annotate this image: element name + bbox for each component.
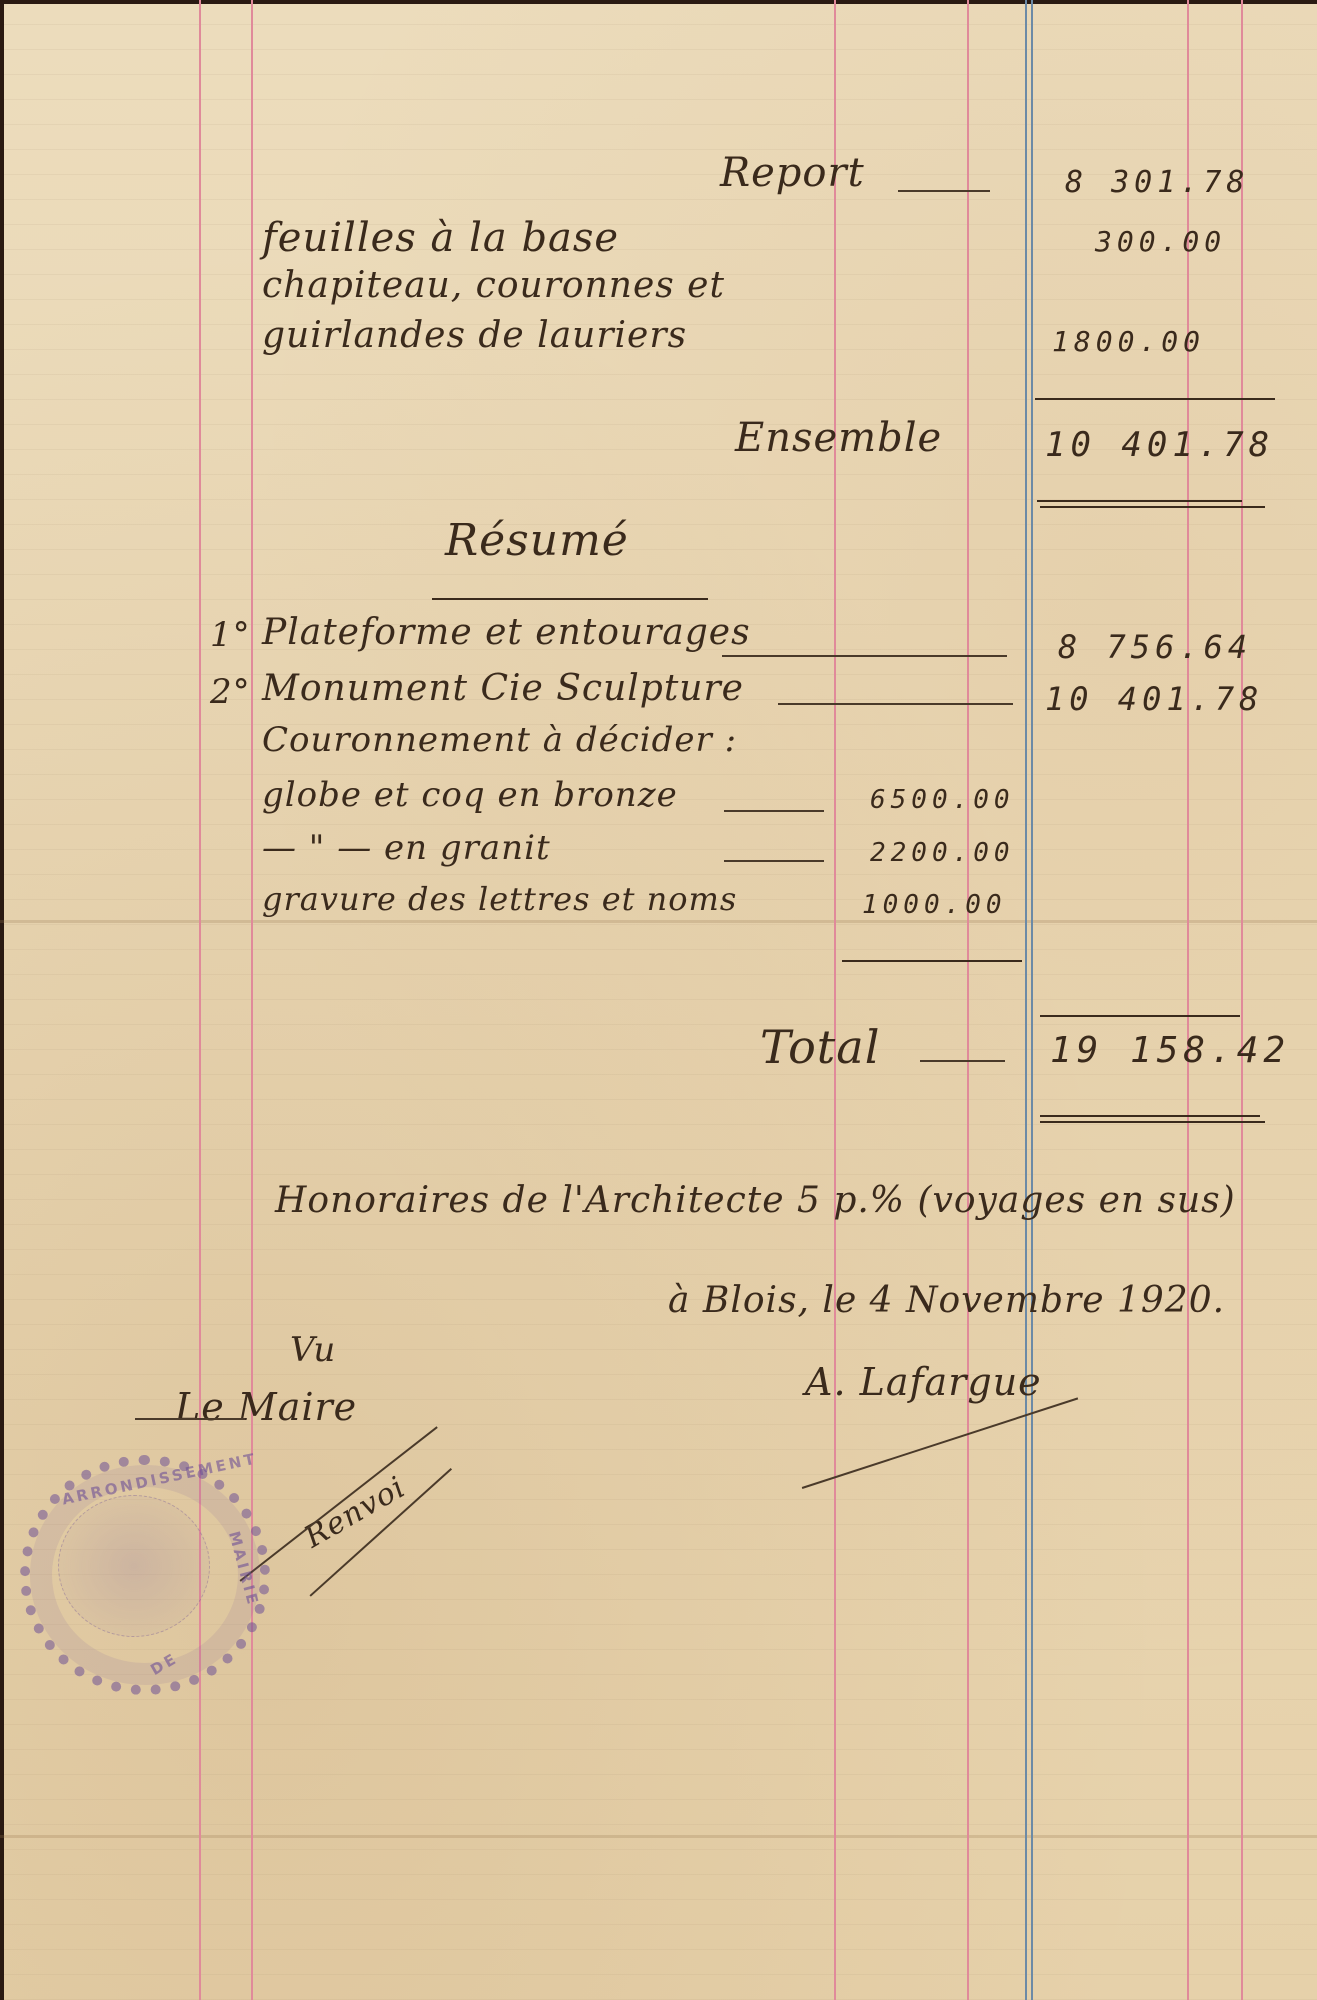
paper-left-edge xyxy=(0,0,4,2000)
column-line xyxy=(1187,0,1189,2000)
summary-line-number: 2° xyxy=(210,672,251,712)
item-amount: 1800.00 xyxy=(1052,325,1205,358)
subtotal-double-rule xyxy=(1040,506,1265,508)
leader-line xyxy=(920,1060,1005,1062)
summary-line-number: 1° xyxy=(210,615,251,655)
option-amount: 2200.00 xyxy=(870,838,1015,868)
carry-forward-amount: 8 301.78 xyxy=(1065,165,1250,200)
total-double-rule xyxy=(1040,1121,1265,1123)
architect-signature: A. Lafargue xyxy=(805,1360,1042,1404)
summary-line-description: Monument Cie Sculpture xyxy=(262,668,744,709)
total-top-rule xyxy=(1040,1015,1240,1017)
total-label: Total xyxy=(760,1020,880,1074)
item-amount: 300.00 xyxy=(1095,225,1226,258)
leader-line xyxy=(724,810,824,812)
leader-line xyxy=(778,703,1013,705)
leader-line xyxy=(724,860,824,862)
summary-heading-rule xyxy=(432,598,708,600)
subtotal-label: Ensemble xyxy=(735,415,942,461)
options-rule xyxy=(842,960,1022,962)
amount-column-line xyxy=(1025,0,1027,2000)
signature-flourish xyxy=(135,1418,245,1420)
approval-seen: Vu xyxy=(290,1330,336,1370)
summary-heading: Résumé xyxy=(445,515,629,566)
amount-column-line xyxy=(1031,0,1033,2000)
item-description: feuilles à la base xyxy=(262,215,619,261)
option-description: globe et coq en bronze xyxy=(262,775,678,815)
item-description: chapiteau, couronnes et xyxy=(262,265,725,306)
margin-line xyxy=(251,0,253,2000)
column-line xyxy=(967,0,969,2000)
carry-forward-label: Report xyxy=(720,150,865,196)
stamp-center xyxy=(58,1495,210,1637)
summary-line-amount: 10 401.78 xyxy=(1045,680,1263,718)
item-description: guirlandes de lauriers xyxy=(262,315,687,356)
subtotal-double-rule xyxy=(1037,500,1242,502)
summary-line-description: Plateforme et entourages xyxy=(262,612,751,653)
option-description: — " — en granit xyxy=(262,828,551,868)
column-line xyxy=(834,0,836,2000)
fees-note: Honoraires de l'Architecte 5 p.% (voyage… xyxy=(275,1180,1236,1221)
column-line xyxy=(1241,0,1243,2000)
option-amount: 6500.00 xyxy=(870,785,1015,815)
approval-title: Le Maire xyxy=(175,1385,357,1429)
leader-line xyxy=(722,655,1007,657)
leader-line xyxy=(898,190,990,192)
place-date: à Blois, le 4 Novembre 1920. xyxy=(668,1280,1225,1321)
paper-top-edge xyxy=(0,0,1317,4)
margin-line xyxy=(199,0,201,2000)
pending-label: Couronnement à décider : xyxy=(262,720,737,760)
subtotal-rule xyxy=(1035,398,1275,400)
summary-line-amount: 8 756.64 xyxy=(1058,628,1252,666)
option-amount: 1000.00 xyxy=(862,890,1007,920)
fold-crease xyxy=(0,1835,1317,1838)
subtotal-amount: 10 401.78 xyxy=(1045,425,1274,465)
fold-crease xyxy=(0,920,1317,923)
option-description: gravure des lettres et noms xyxy=(262,880,737,918)
total-amount: 19 158.42 xyxy=(1050,1030,1290,1071)
total-double-rule xyxy=(1040,1115,1260,1117)
